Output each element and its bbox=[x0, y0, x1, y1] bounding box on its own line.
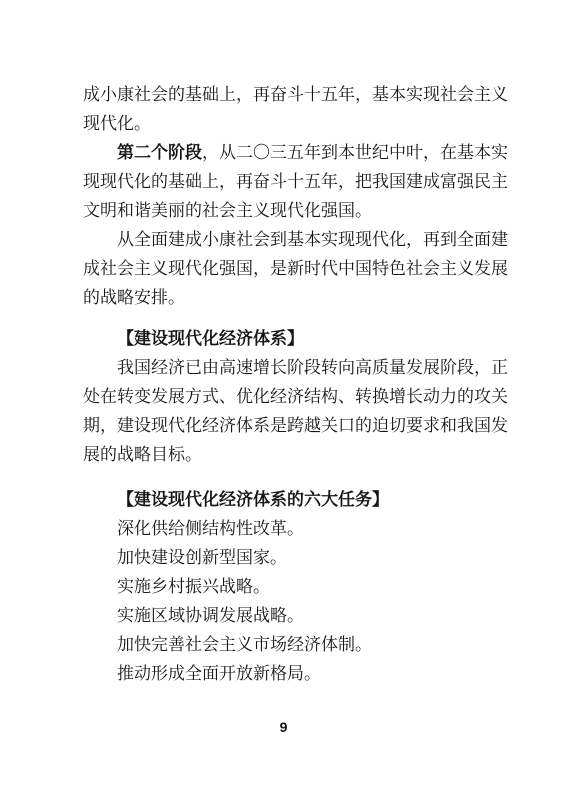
heading-six-tasks: 【建设现代化经济体系的六大任务】 bbox=[83, 485, 508, 514]
heading-economic-system: 【建设现代化经济体系】 bbox=[83, 324, 508, 353]
task-item-1: 深化供给侧结构性改革。 bbox=[83, 514, 508, 543]
task-item-6: 推动形成全面开放新格局。 bbox=[83, 659, 508, 688]
task-item-5: 加快完善社会主义市场经济体制。 bbox=[83, 630, 508, 659]
page-content: 成小康社会的基础上，再奋斗十五年，基本实现社会主义现代化。 第二个阶段，从二〇三… bbox=[83, 80, 508, 688]
task-item-4: 实施区域协调发展战略。 bbox=[83, 601, 508, 630]
paragraph-second-stage: 第二个阶段，从二〇三五年到本世纪中叶，在基本实现现代化的基础上，再奋斗十五年，把… bbox=[83, 138, 508, 225]
paragraph-continuation: 成小康社会的基础上，再奋斗十五年，基本实现社会主义现代化。 bbox=[83, 80, 508, 138]
page-footer: 9 bbox=[0, 719, 567, 735]
paragraph-second-stage-lead: 第二个阶段 bbox=[117, 143, 202, 162]
document-page: 成小康社会的基础上，再奋斗十五年，基本实现社会主义现代化。 第二个阶段，从二〇三… bbox=[0, 0, 567, 793]
page-number: 9 bbox=[280, 719, 288, 735]
task-item-3: 实施乡村振兴战略。 bbox=[83, 572, 508, 601]
paragraph-strategic-arrangement: 从全面建成小康社会到基本实现现代化，再到全面建成社会主义现代化强国，是新时代中国… bbox=[83, 225, 508, 312]
paragraph-economy: 我国经济已由高速增长阶段转向高质量发展阶段，正处在转变发展方式、优化经济结构、转… bbox=[83, 353, 508, 469]
task-item-2: 加快建设创新型国家。 bbox=[83, 543, 508, 572]
